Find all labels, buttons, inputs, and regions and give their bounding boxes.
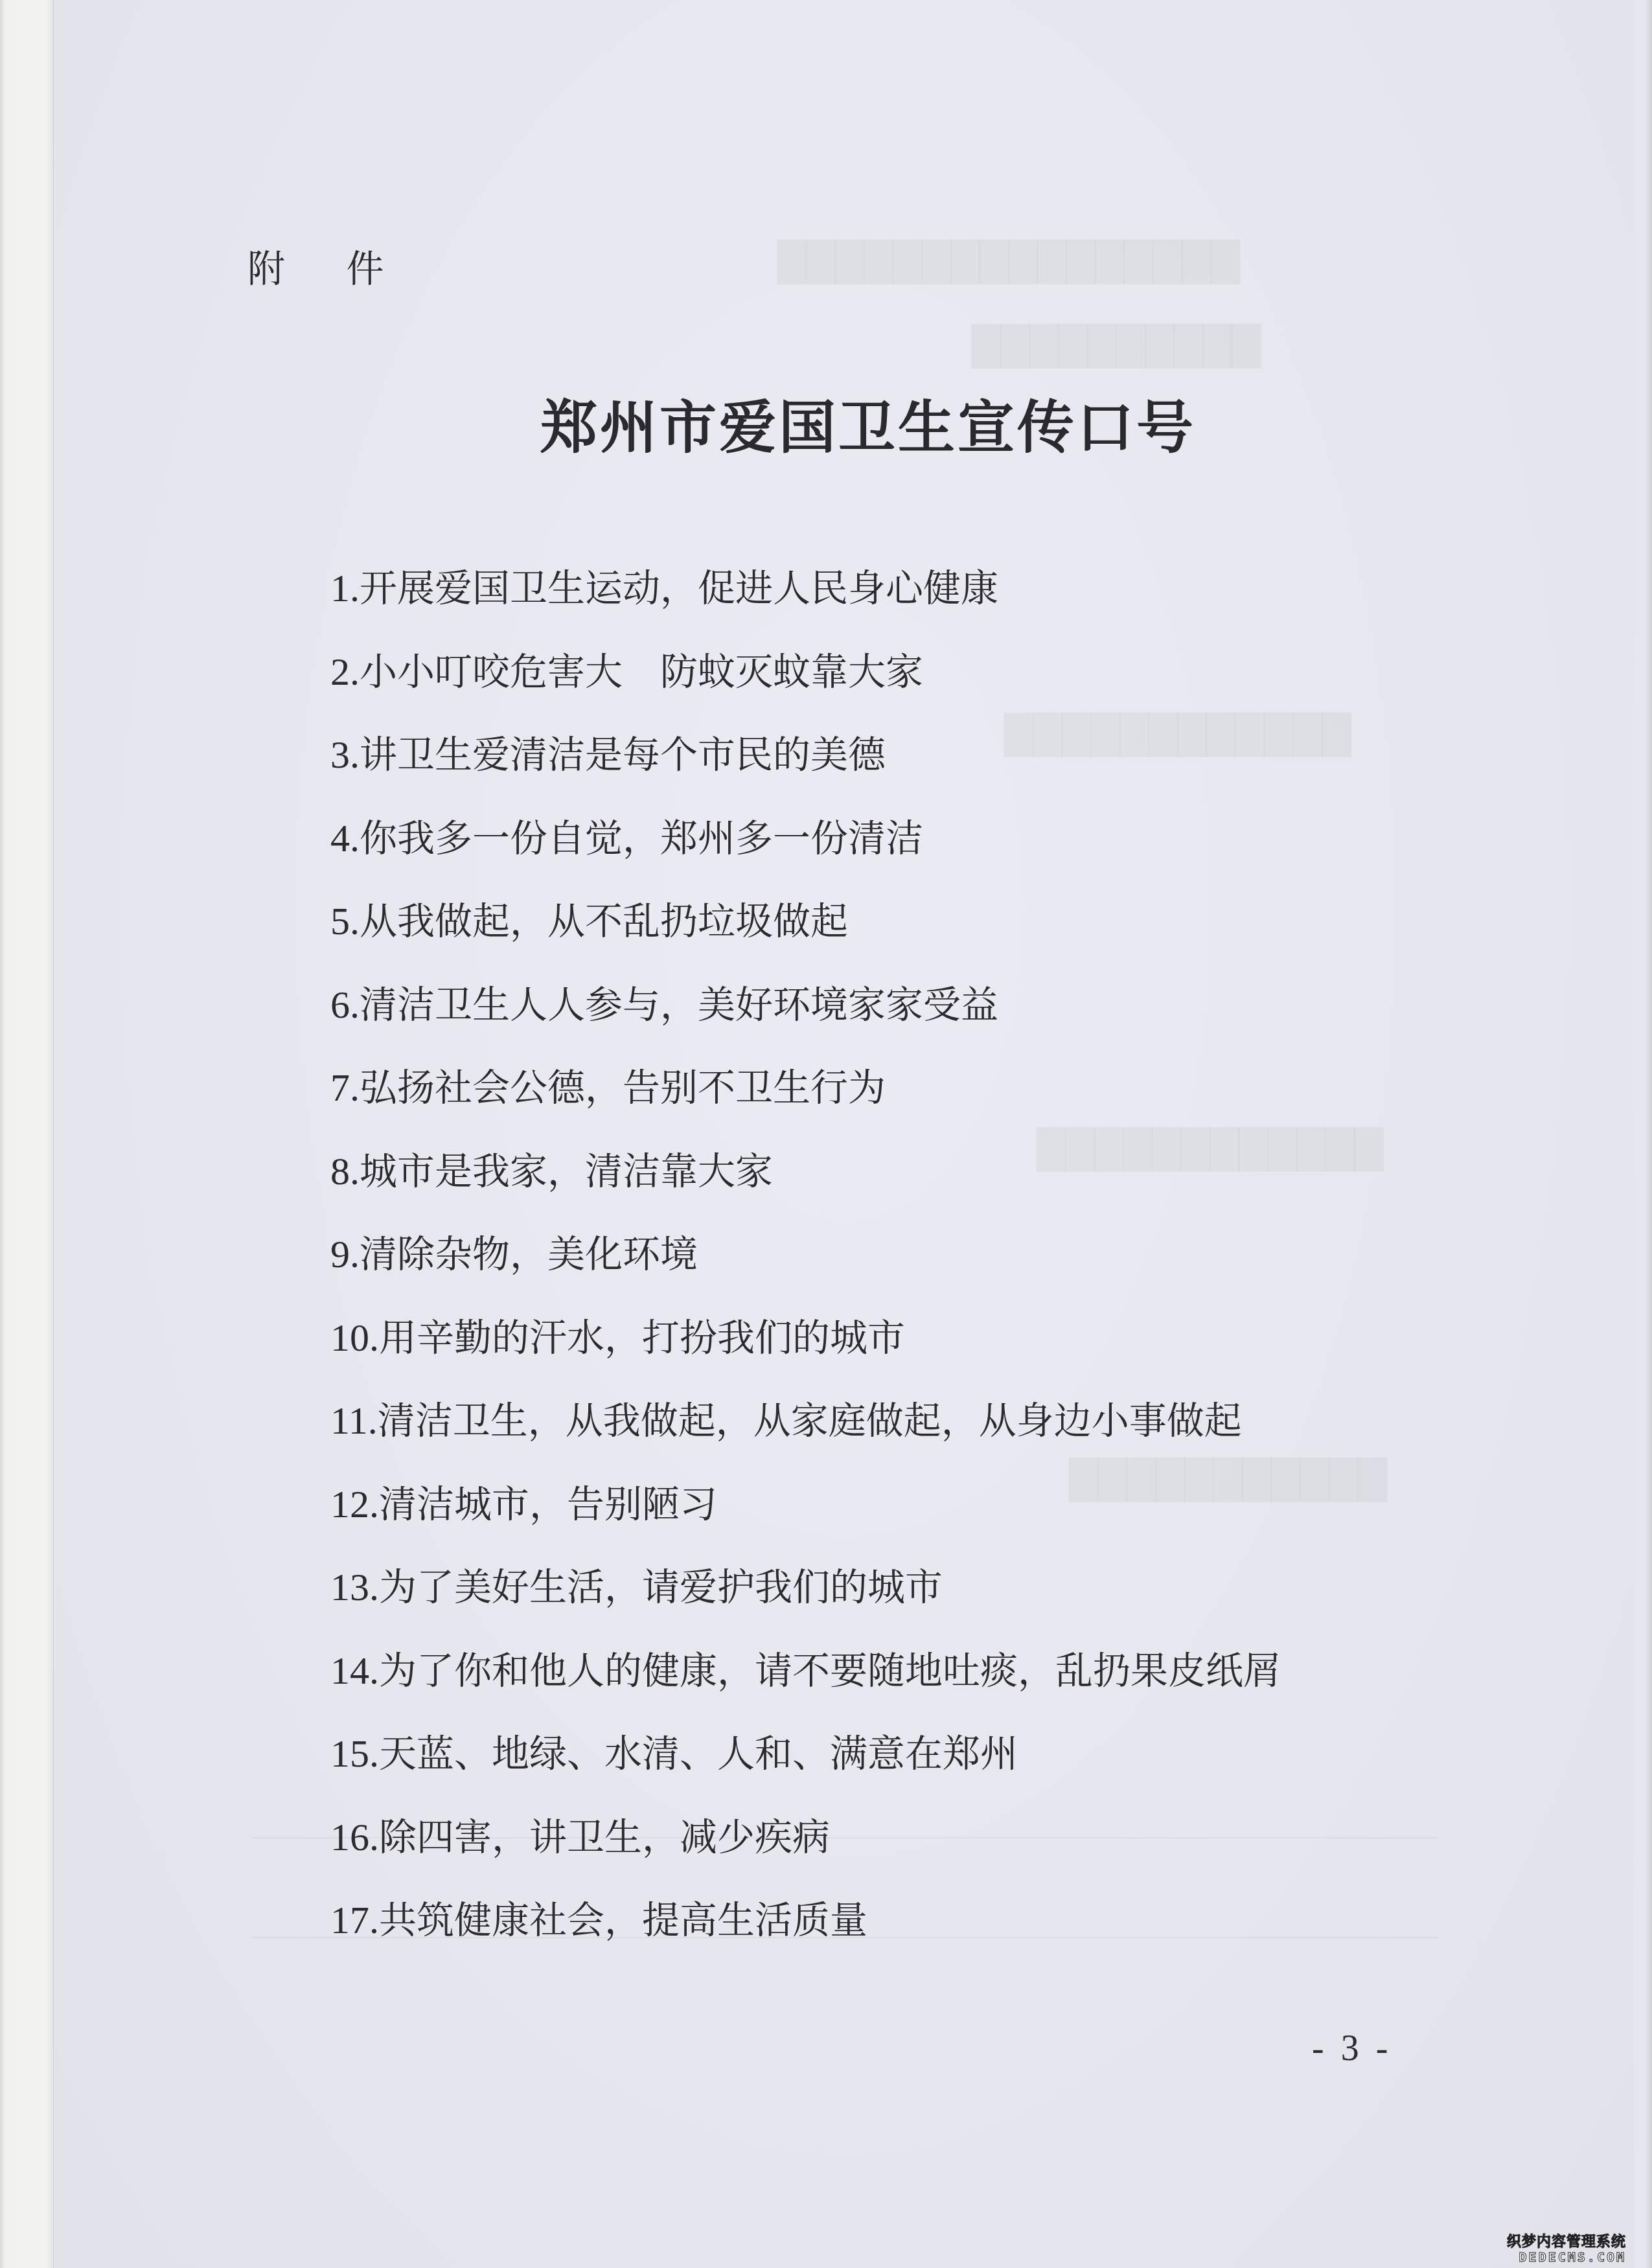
- slogan-number: 4.: [330, 817, 360, 860]
- slogan-number: 14.: [330, 1649, 379, 1692]
- slogan-item: 5.从我做起，从不乱扔垃圾做起: [330, 895, 1281, 979]
- slogan-text: 除四害，讲卫生，减少疾病: [379, 1815, 830, 1859]
- slogan-item: 6.清洁卫生人人参与，美好环境家家受益: [330, 979, 1281, 1062]
- slogan-number: 12.: [330, 1483, 379, 1526]
- slogan-number: 16.: [330, 1816, 379, 1859]
- document-title: 郑州市爱国卫生宣传口号: [0, 382, 1652, 464]
- scan-left-margin-strip: [0, 0, 54, 2268]
- slogan-text: 从我做起，从不乱扔垃圾做起: [360, 899, 848, 943]
- slogan-item: 4.你我多一份自觉，郑州多一份清洁: [330, 812, 1281, 896]
- slogan-text: 讲卫生爱清洁是每个市民的美德: [360, 733, 886, 777]
- attachment-label: 附 件: [247, 238, 408, 293]
- slogan-text: 清洁城市，告别陋习: [379, 1482, 717, 1526]
- slogan-number: 2.: [330, 650, 360, 693]
- slogan-item: 13.为了美好生活，请爱护我们的城市: [330, 1561, 1281, 1645]
- slogan-text: 天蓝、地绿、水清、人和、满意在郑州: [379, 1732, 1018, 1776]
- scan-right-edge: [1646, 0, 1652, 2268]
- slogan-number: 10.: [330, 1316, 379, 1359]
- slogan-item: 14.为了你和他人的健康，请不要随地吐痰，乱扔果皮纸屑: [330, 1645, 1281, 1728]
- slogan-number: 9.: [330, 1233, 360, 1276]
- watermark-line-cn: 织梦内容管理系统: [1507, 2234, 1626, 2250]
- slogan-number: 3.: [330, 733, 360, 776]
- slogan-text: 清除杂物，美化环境: [360, 1232, 698, 1276]
- slogan-text: 为了你和他人的健康，请不要随地吐痰，乱扔果皮纸屑: [379, 1649, 1281, 1693]
- slogan-text: 为了美好生活，请爱护我们的城市: [379, 1565, 943, 1609]
- slogan-number: 13.: [330, 1566, 379, 1609]
- slogan-text: 小小叮咬危害大 防蚊灭蚊靠大家: [360, 650, 923, 694]
- slogan-item: 12.清洁城市，告别陋习: [330, 1478, 1281, 1562]
- slogan-number: 6.: [330, 983, 360, 1026]
- slogan-item: 16.除四害，讲卫生，减少疾病: [330, 1811, 1281, 1895]
- slogan-text: 城市是我家，清洁靠大家: [360, 1149, 773, 1193]
- slogan-text: 清洁卫生人人参与，美好环境家家受益: [360, 983, 998, 1027]
- slogan-item: 11.清洁卫生，从我做起，从家庭做起，从身边小事做起: [330, 1395, 1281, 1478]
- slogan-text: 弘扬社会公德，告别不卫生行为: [360, 1066, 886, 1110]
- slogan-text: 你我多一份自觉，郑州多一份清洁: [360, 816, 923, 860]
- slogan-text: 清洁卫生，从我做起，从家庭做起，从身边小事做起: [378, 1399, 1242, 1443]
- slogan-item: 9.清除杂物，美化环境: [330, 1228, 1281, 1312]
- watermark: 织梦内容管理系统 DEDECMS.COM: [1507, 2234, 1626, 2264]
- slogan-item: 2.小小叮咬危害大 防蚊灭蚊靠大家: [330, 646, 1281, 729]
- slogan-number: 15.: [330, 1732, 379, 1775]
- slogan-item: 17.共筑健康社会，提高生活质量: [330, 1894, 1281, 1978]
- slogan-item: 3.讲卫生爱清洁是每个市民的美德: [330, 729, 1281, 812]
- slogan-item: 1.开展爱国卫生运动，促进人民身心健康: [330, 562, 1281, 646]
- slogan-number: 5.: [330, 900, 360, 943]
- slogan-text: 用辛勤的汗水，打扮我们的城市: [379, 1316, 905, 1360]
- slogan-text: 共筑健康社会，提高生活质量: [379, 1898, 867, 1942]
- slogan-number: 1.: [330, 567, 360, 610]
- slogan-text: 开展爱国卫生运动，促进人民身心健康: [360, 566, 998, 610]
- slogan-item: 10.用辛勤的汗水，打扮我们的城市: [330, 1312, 1281, 1395]
- bleed-through-text: ████████████████: [777, 240, 1240, 284]
- slogan-number: 8.: [330, 1150, 360, 1193]
- slogan-item: 8.城市是我家，清洁靠大家: [330, 1145, 1281, 1229]
- slogan-number: 17.: [330, 1899, 379, 1942]
- slogan-list: 1.开展爱国卫生运动，促进人民身心健康 2.小小叮咬危害大 防蚊灭蚊靠大家 3.…: [330, 562, 1281, 1978]
- bleed-through-text: ██████████: [972, 324, 1261, 368]
- slogan-item: 15.天蓝、地绿、水清、人和、满意在郑州: [330, 1728, 1281, 1811]
- slogan-number: 7.: [330, 1066, 360, 1109]
- slogan-number: 11.: [330, 1399, 378, 1442]
- slogan-item: 7.弘扬社会公德，告别不卫生行为: [330, 1062, 1281, 1145]
- watermark-line-en: DEDECMS.COM: [1507, 2250, 1626, 2264]
- page-number: - 3 -: [1312, 2028, 1392, 2069]
